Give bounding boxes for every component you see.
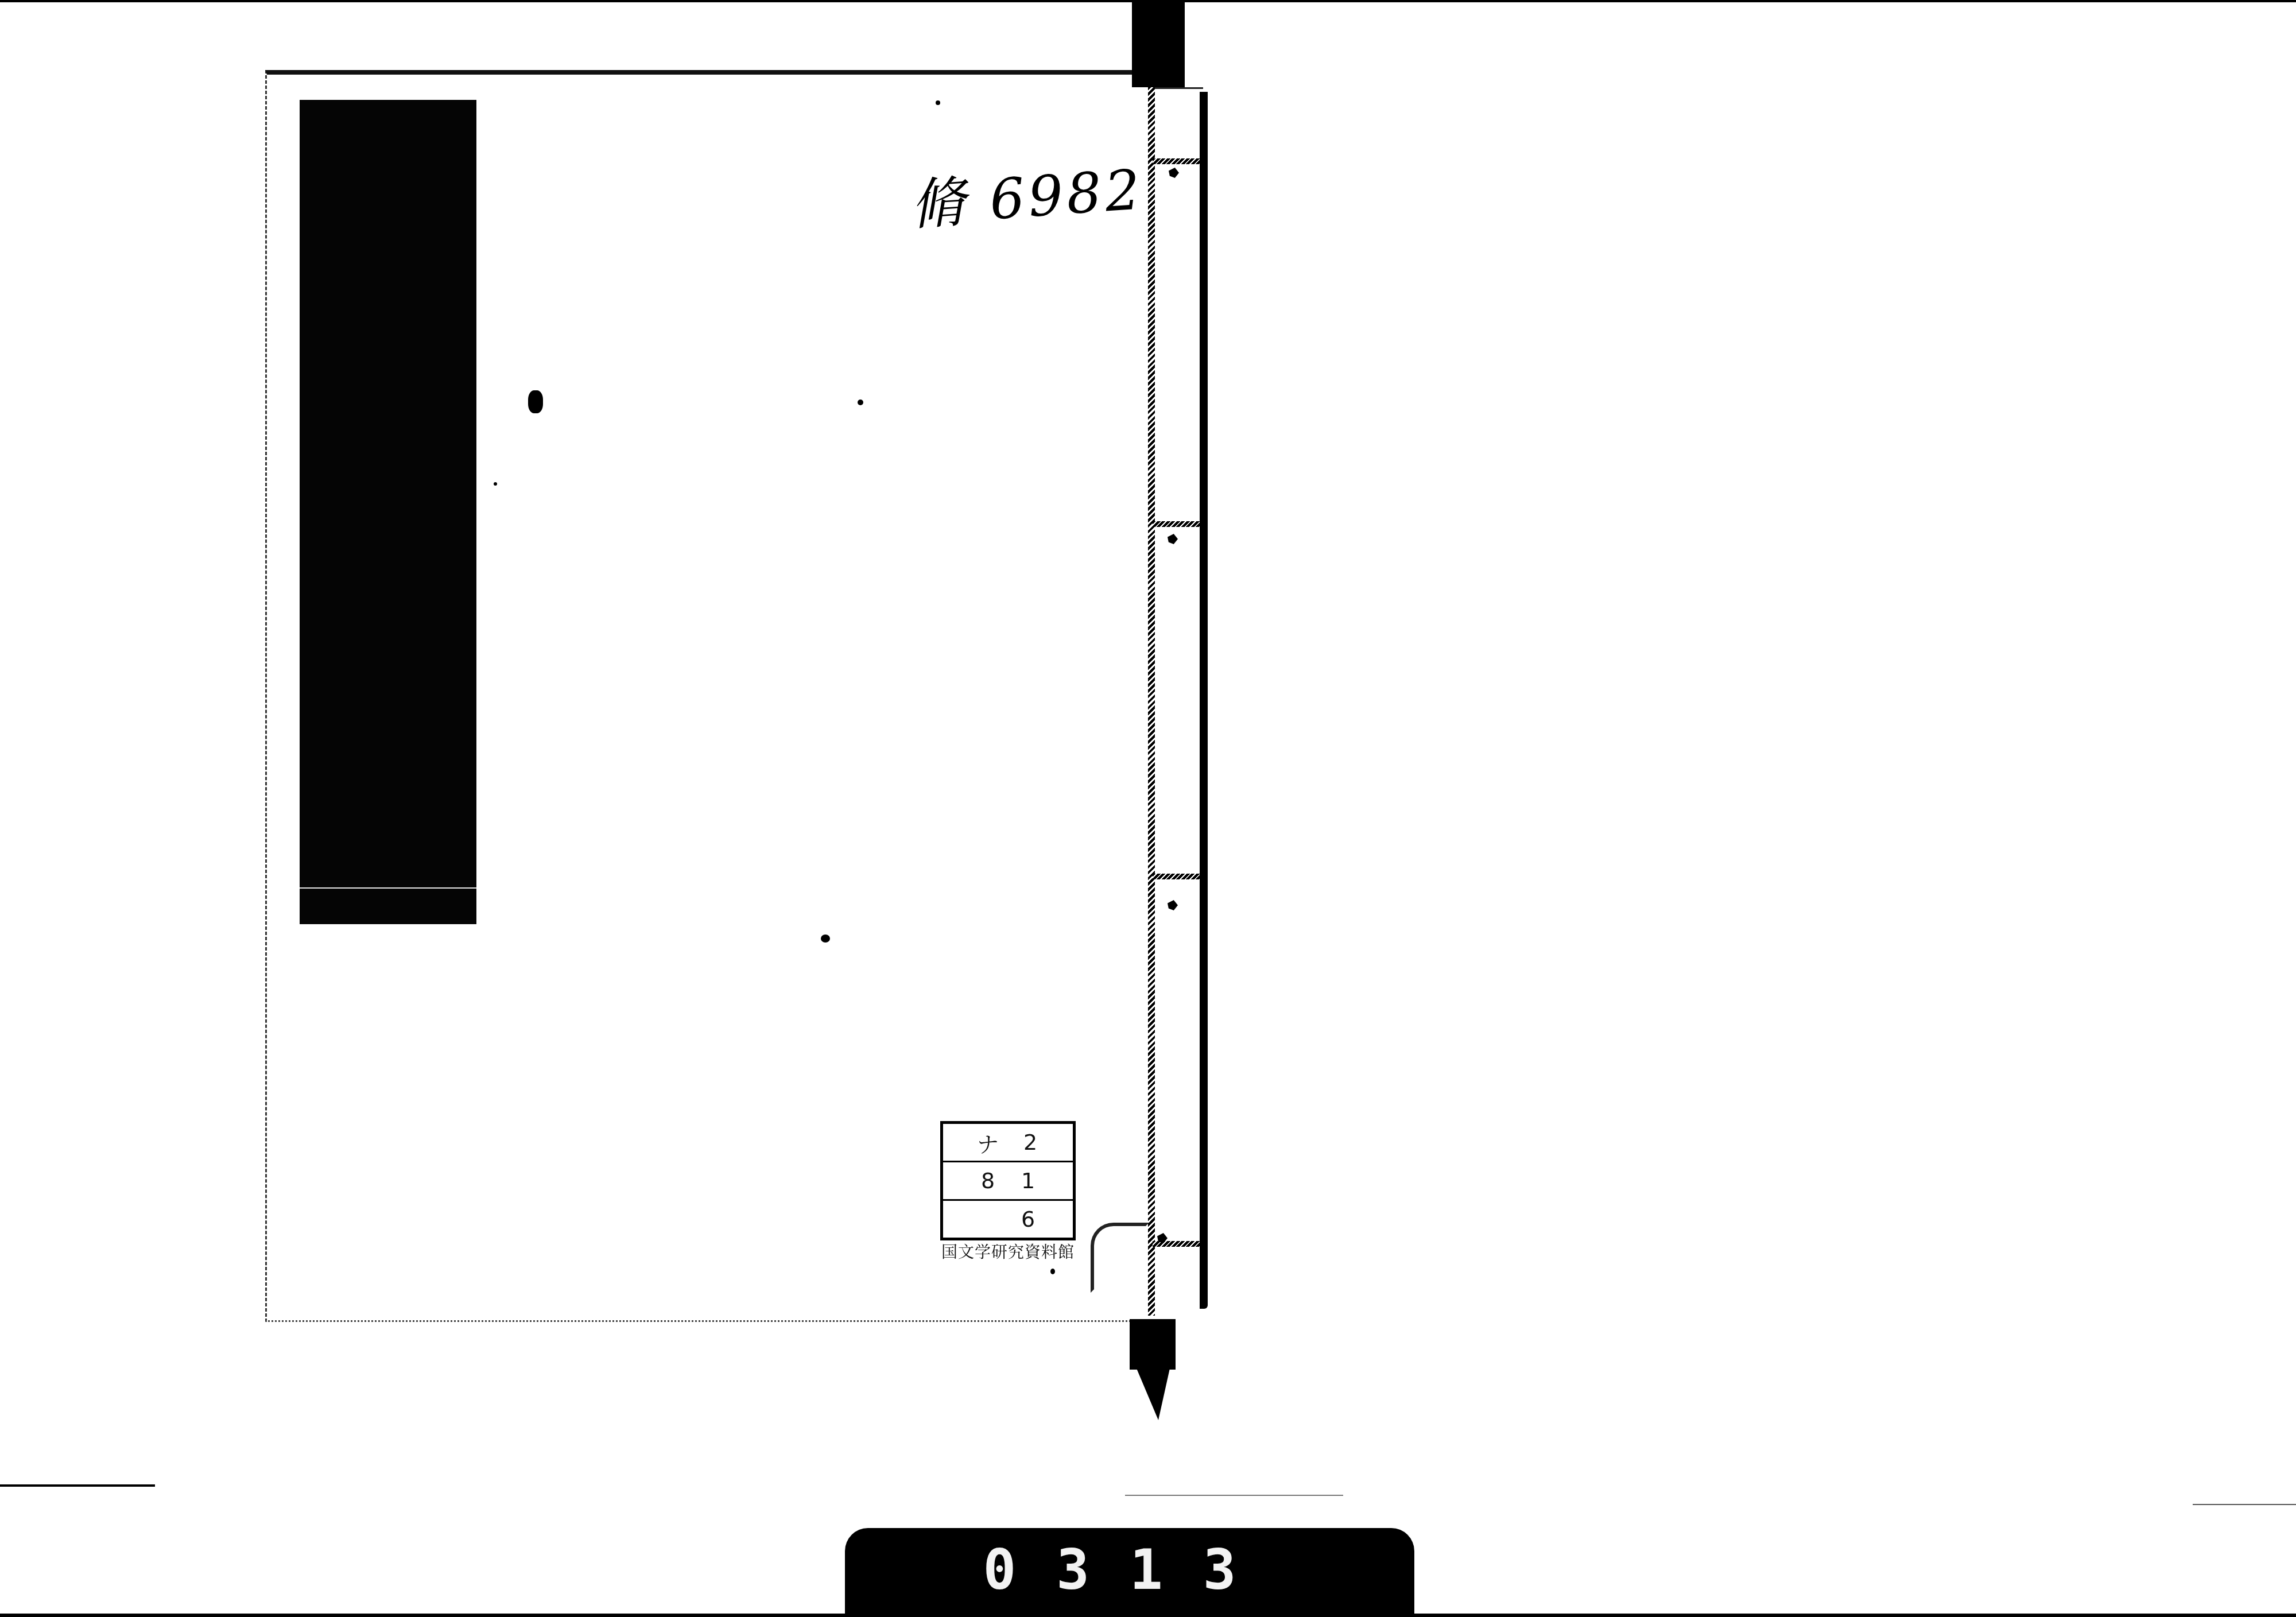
scan-ruler-line bbox=[2193, 1504, 2296, 1505]
handwritten-shelf-mark: 脩 6982 bbox=[907, 146, 1146, 241]
frame-number: 0313 bbox=[983, 1538, 1276, 1602]
call-number-cell: 1 bbox=[1019, 1168, 1037, 1193]
scan-bottom-border bbox=[0, 1614, 2296, 1617]
binding-stitch bbox=[1153, 521, 1203, 527]
call-number-row: 8 1 bbox=[943, 1162, 1073, 1201]
stain-speck bbox=[528, 390, 543, 413]
title-slip-scratch bbox=[300, 887, 476, 889]
call-number-cell: 2 bbox=[1022, 1130, 1039, 1155]
stain-speck bbox=[936, 100, 940, 105]
scan-ruler-line bbox=[0, 1484, 155, 1487]
spine-tab-top bbox=[1132, 2, 1185, 87]
stain-speck bbox=[1050, 1269, 1055, 1274]
spine-edge bbox=[1200, 92, 1208, 1309]
spine-tab-bottom bbox=[1130, 1319, 1176, 1370]
binding-stitch bbox=[1153, 158, 1203, 164]
call-number-cell: 6 bbox=[1019, 1207, 1037, 1232]
binding-stitch bbox=[1153, 874, 1203, 879]
title-slip bbox=[300, 100, 476, 924]
stain-speck bbox=[821, 934, 830, 943]
loose-binding-cord bbox=[1091, 1223, 1149, 1293]
call-number-row: 6 bbox=[943, 1201, 1073, 1238]
spine-panel bbox=[1150, 87, 1203, 1317]
call-number-cell: ナ bbox=[977, 1127, 999, 1158]
institution-name: 国文学研究資料館 bbox=[941, 1240, 1075, 1263]
stain-speck bbox=[858, 400, 863, 405]
frame-counter: 0313 bbox=[845, 1528, 1414, 1617]
call-number-row: ナ 2 bbox=[943, 1124, 1073, 1162]
call-number-cell: 8 bbox=[979, 1168, 996, 1193]
scan-ruler-line bbox=[1125, 1495, 1343, 1496]
binding-cord bbox=[1148, 87, 1155, 1316]
call-number-label: ナ 2 8 1 6 bbox=[940, 1121, 1076, 1240]
stain-speck bbox=[494, 482, 497, 486]
spine-point bbox=[1137, 1368, 1170, 1420]
